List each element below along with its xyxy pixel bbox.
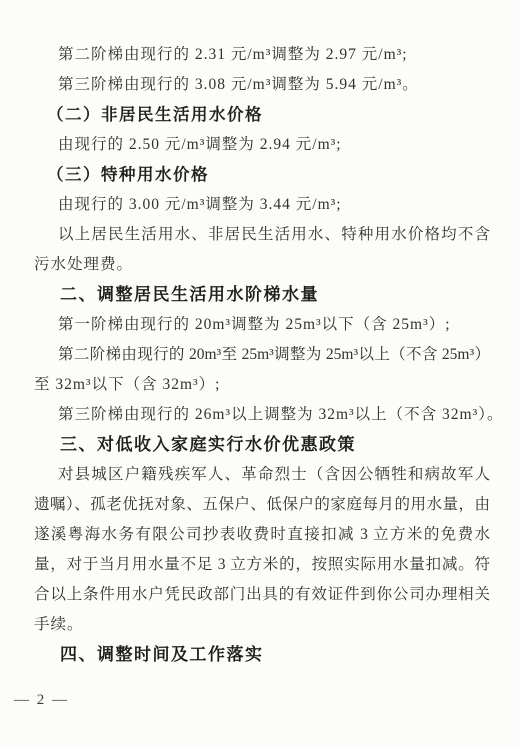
body-line: 第二阶梯由现行的 2.31 元/m³调整为 2.97 元/m³; (34, 40, 490, 70)
body-line: 遗嘱）、孤老优抚对象、五保户、低保户的家庭每月的用水量，由 (34, 490, 490, 520)
section-heading: 四、调整时间及工作落实 (34, 640, 490, 670)
body-line: 对县城区户籍残疾军人、革命烈士（含因公牺牲和病故军人 (34, 460, 490, 490)
body-line: 第一阶梯由现行的 20m³调整为 25m³以下（含 25m³）; (34, 310, 490, 340)
body-line: 合以上条件用水户凭民政部门出具的有效证件到你公司办理相关 (34, 580, 490, 610)
body-line: 由现行的 2.50 元/m³调整为 2.94 元/m³; (34, 130, 490, 160)
body-line: 第三阶梯由现行的 26m³以上调整为 32m³以上（不含 32m³）。 (34, 400, 490, 430)
page-number: — 2 — (14, 692, 69, 709)
body-line: 第三阶梯由现行的 3.08 元/m³调整为 5.94 元/m³。 (34, 70, 490, 100)
body-line: 至 32m³以下（含 32m³）; (34, 370, 490, 400)
document-body: 第二阶梯由现行的 2.31 元/m³调整为 2.97 元/m³; 第三阶梯由现行… (34, 40, 490, 670)
section-heading: 三、对低收入家庭实行水价优惠政策 (34, 430, 490, 460)
body-line: 量，对于当月用水量不足 3 立方米的，按照实际用水量扣减。符 (34, 550, 490, 580)
body-line: 由现行的 3.00 元/m³调整为 3.44 元/m³; (34, 190, 490, 220)
body-line: 第二阶梯由现行的 20m³至 25m³调整为 25m³以上（不含 25m³） (34, 340, 490, 370)
body-line: 污水处理费。 (34, 250, 490, 280)
body-line: 手续。 (34, 610, 490, 640)
document-page: 第二阶梯由现行的 2.31 元/m³调整为 2.97 元/m³; 第三阶梯由现行… (0, 0, 519, 748)
subsection-heading: （三）特种用水价格 (34, 160, 490, 190)
section-heading: 二、调整居民生活用水阶梯水量 (34, 280, 490, 310)
body-line: 遂溪粤海水务有限公司抄表收费时直接扣减 3 立方米的免费水 (34, 520, 490, 550)
body-line: 以上居民生活用水、非居民生活用水、特种用水价格均不含 (34, 220, 490, 250)
subsection-heading: （二）非居民生活用水价格 (34, 100, 490, 130)
